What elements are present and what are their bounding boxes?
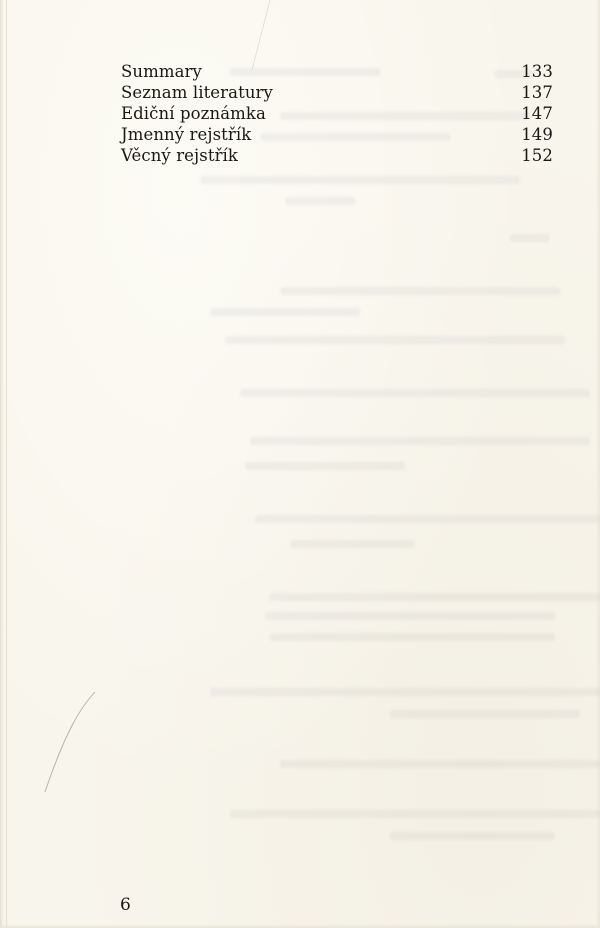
- toc-entry[interactable]: Seznam literatury 137: [121, 82, 553, 103]
- toc-entry-title: Jmenný rejstřík: [121, 124, 251, 145]
- page-edge-left: [0, 0, 4, 928]
- toc-entry-page: 147: [521, 103, 553, 124]
- toc-entry-title: Věcný rejstřík: [121, 145, 238, 166]
- page-edge-right: [596, 0, 600, 928]
- toc-entry-page: 137: [521, 82, 553, 103]
- table-of-contents: Summary 133 Seznam literatury 137 Ediční…: [121, 61, 553, 166]
- toc-entry[interactable]: Věcný rejstřík 152: [121, 145, 553, 166]
- toc-entry-page: 133: [521, 61, 553, 82]
- toc-entry-page: 149: [521, 124, 553, 145]
- book-page: Summary 133 Seznam literatury 137 Ediční…: [0, 0, 600, 928]
- toc-entry[interactable]: Summary 133: [121, 61, 553, 82]
- paper-fiber-mark: [40, 688, 100, 798]
- toc-entry-title: Summary: [121, 61, 202, 82]
- page-edge-bottom: [0, 924, 600, 928]
- page-number: 6: [120, 894, 131, 916]
- toc-entry-title: Ediční poznámka: [121, 103, 266, 124]
- toc-entry[interactable]: Jmenný rejstřík 149: [121, 124, 553, 145]
- toc-entry-page: 152: [521, 145, 553, 166]
- toc-entry-title: Seznam literatury: [121, 82, 273, 103]
- toc-entry[interactable]: Ediční poznámka 147: [121, 103, 553, 124]
